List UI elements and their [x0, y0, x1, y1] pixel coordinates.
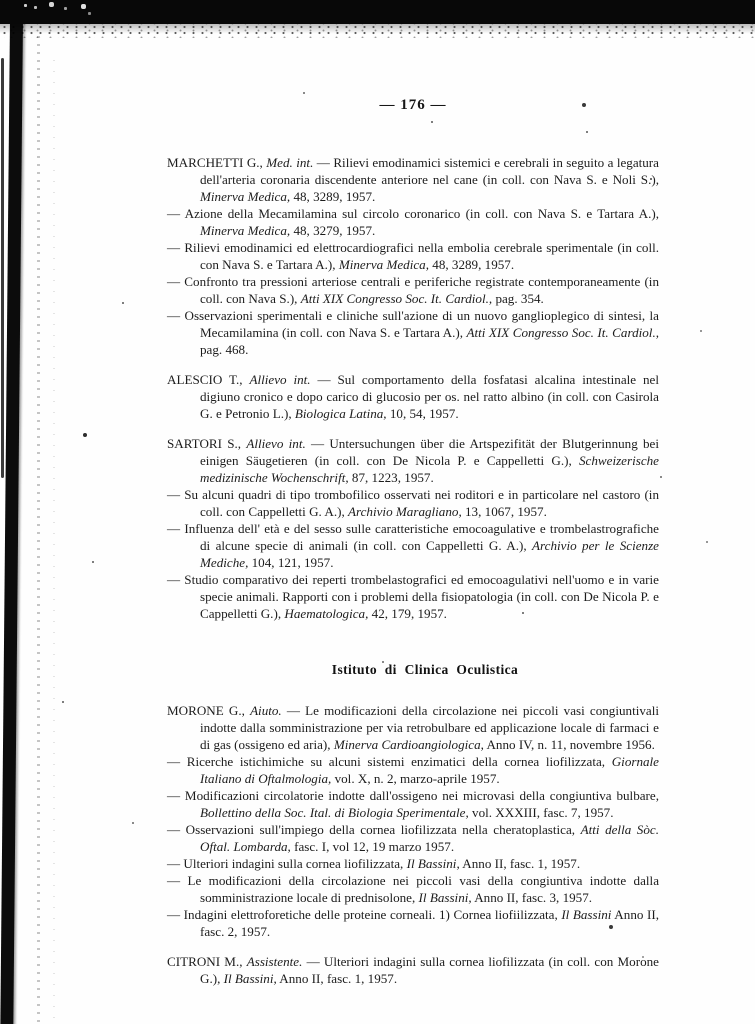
journal-title: Minerva Cardioangiologica, — [334, 737, 484, 752]
journal-title: Aiuto. — [250, 703, 282, 718]
journal-title: Med. int. — [266, 155, 313, 170]
section-heading: Istituto di Clinica Oculistica — [179, 662, 671, 678]
entry-text: MORONE G., — [167, 703, 250, 718]
bibliography: MARCHETTI G., Med. int. — Rilievi emodin… — [167, 154, 659, 987]
entry-text: — Ricerche istichimiche su alcuni sistem… — [167, 754, 612, 769]
bibliography-entry: — Su alcuni quadri di tipo trombofilico … — [167, 486, 659, 520]
bibliography-entry: — Rilievi emodinamici ed elettrocardiogr… — [167, 239, 659, 273]
journal-title: Allievo int. — [246, 436, 305, 451]
journal-title: Haematologica, — [284, 606, 368, 621]
bibliography-entry: — Ulteriori indagini sulla cornea liofil… — [167, 855, 659, 872]
bibliography-entry: MARCHETTI G., Med. int. — Rilievi emodin… — [167, 154, 659, 205]
author-group: CITRONI M., Assistente. — Ulteriori inda… — [167, 953, 659, 987]
bibliography-entry: — Osservazioni sull'impiego della cornea… — [167, 821, 659, 855]
entry-text: fasc. I, vol 12, 19 marzo 1957. — [291, 839, 454, 854]
scan-edge-line — [1, 58, 4, 478]
entry-text: — Ulteriori indagini sulla cornea liofil… — [167, 856, 407, 871]
journal-title: Assistente. — [247, 954, 303, 969]
entry-text: vol. X, n. 2, marzo-aprile 1957. — [331, 771, 499, 786]
entry-text: 10, 54, 1957. — [387, 406, 459, 421]
section: MARCHETTI G., Med. int. — Rilievi emodin… — [167, 154, 659, 622]
journal-title: Biologica Latina, — [295, 406, 387, 421]
entry-text: vol. XXXIII, fasc. 7, 1957. — [469, 805, 614, 820]
entry-text: pag. 354. — [492, 291, 544, 306]
entry-text: — Modificazioni circolatorie indotte dal… — [167, 788, 659, 803]
bibliography-entry: — Le modificazioni della circolazione ne… — [167, 872, 659, 906]
journal-title: Il Bassini, — [224, 971, 277, 986]
entry-text: CITRONI M., — [167, 954, 247, 969]
scan-noise-column — [53, 60, 55, 1024]
scan-top-fringe — [0, 24, 755, 38]
journal-title: Il Bassini, — [419, 890, 472, 905]
journal-title: Il Bassini, — [407, 856, 460, 871]
entry-text: MARCHETTI G., — [167, 155, 266, 170]
journal-title: Minerva Medica, — [200, 223, 290, 238]
journal-title: Archivio Maragliano, — [348, 504, 462, 519]
page-number: — 176 — — [167, 97, 659, 114]
entry-text: — Osservazioni sull'impiego della cornea… — [167, 822, 581, 837]
page-content: — 176 — MARCHETTI G., Med. int. — Riliev… — [167, 0, 659, 987]
entry-text: 48, 3289, 1957. — [290, 189, 375, 204]
scan-band-specks — [24, 4, 27, 7]
bibliography-entry: SARTORI S., Allievo int. — Untersuchunge… — [167, 435, 659, 486]
author-group: SARTORI S., Allievo int. — Untersuchunge… — [167, 435, 659, 622]
entry-text: Anno II, fasc. 1, 1957. — [277, 971, 397, 986]
journal-title: Il Bassini — [561, 907, 611, 922]
entry-text: Anno IV, n. 11, novembre 1956. — [484, 737, 655, 752]
bibliography-entry: — Azione della Mecamilamina sul circolo … — [167, 205, 659, 239]
bibliography-entry: — Ricerche istichimiche su alcuni sistem… — [167, 753, 659, 787]
entry-text: Anno II, fasc. 3, 1957. — [472, 890, 592, 905]
entry-text: ALESCIO T., — [167, 372, 249, 387]
bibliography-entry: — Indagini elettroforetiche delle protei… — [167, 906, 659, 940]
entry-text: pag. 468. — [200, 342, 248, 357]
entry-text: 13, 1067, 1957. — [462, 504, 547, 519]
bibliography-entry: — Osservazioni sperimentali e cliniche s… — [167, 307, 659, 358]
entry-text: SARTORI S., — [167, 436, 246, 451]
author-group: MORONE G., Aiuto. — Le modificazioni del… — [167, 702, 659, 940]
journal-title: Allievo int. — [249, 372, 310, 387]
bibliography-entry: MORONE G., Aiuto. — Le modificazioni del… — [167, 702, 659, 753]
journal-title: Atti XIX Congresso Soc. It. Cardiol., — [467, 325, 659, 340]
entry-text: 48, 3289, 1957. — [429, 257, 514, 272]
bibliography-entry: ALESCIO T., Allievo int. — Sul comportam… — [167, 371, 659, 422]
bibliography-entry: — Studio comparativo dei reperti trombel… — [167, 571, 659, 622]
scanned-page: — 176 — MARCHETTI G., Med. int. — Riliev… — [0, 0, 755, 1024]
entry-text: 48, 3279, 1957. — [290, 223, 375, 238]
entry-text: Anno II, fasc. 1, 1957. — [460, 856, 580, 871]
scan-noise-column — [37, 36, 40, 1024]
journal-title: Atti XIX Congresso Soc. It. Cardiol., — [301, 291, 492, 306]
journal-title: Minerva Medica, — [200, 189, 290, 204]
author-group: MARCHETTI G., Med. int. — Rilievi emodin… — [167, 154, 659, 358]
author-group: ALESCIO T., Allievo int. — Sul comportam… — [167, 371, 659, 422]
bibliography-entry: — Modificazioni circolatorie indotte dal… — [167, 787, 659, 821]
bibliography-entry: — Influenza dell' età e del sesso sulle … — [167, 520, 659, 571]
scan-top-band — [0, 0, 755, 24]
entry-text: 42, 179, 1957. — [368, 606, 447, 621]
bibliography-entry: CITRONI M., Assistente. — Ulteriori inda… — [167, 953, 659, 987]
entry-text: 104, 121, 1957. — [248, 555, 333, 570]
entry-text: 87, 1223, 1957. — [349, 470, 434, 485]
entry-text: — Azione della Mecamilamina sul circolo … — [167, 206, 659, 221]
entry-text: — Indagini elettroforetiche delle protei… — [167, 907, 561, 922]
journal-title: Minerva Medica, — [339, 257, 429, 272]
section: Istituto di Clinica OculisticaMORONE G.,… — [167, 662, 659, 987]
bibliography-entry: — Confronto tra pressioni arteriose cent… — [167, 273, 659, 307]
journal-title: Bollettino della Soc. Ital. di Biologia … — [200, 805, 469, 820]
